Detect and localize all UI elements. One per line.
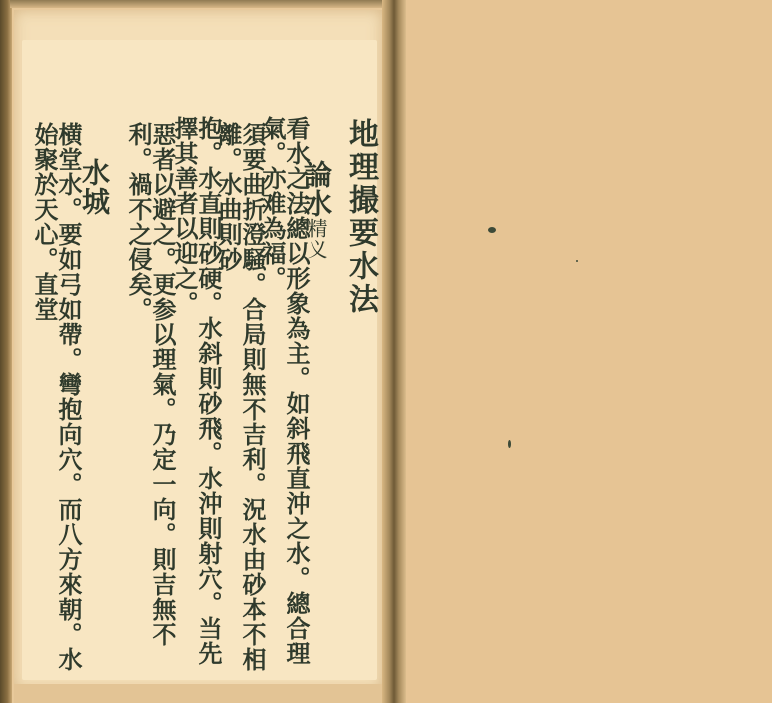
left-page: 地理撮要水法 論水精义 看水之法總以形象為主。如斜飛直沖之水。總合理氣。亦难為福…: [0, 0, 395, 703]
body-text: 横堂水。要如弓如帶。彎抱向穴。而八方來朝。水始聚於天心。直堂: [30, 122, 83, 672]
left-page-edge: [0, 0, 12, 703]
ink-speck: [576, 260, 578, 262]
body-column-5: 横堂水。要如弓如帶。彎抱向穴。而八方來朝。水始聚於天心。直堂: [32, 122, 80, 690]
book-spine: [382, 0, 406, 703]
body-column-3: 抱。水直則砂硬。水斜則砂飛。水沖則射穴。当先擇其善者以迎之。: [172, 116, 220, 690]
ink-speck: [508, 440, 511, 448]
right-page-blank: [406, 0, 772, 703]
subheading-column: 水城: [80, 158, 108, 216]
ink-speck: [488, 227, 496, 233]
body-text: 抱。水直則砂硬。水斜則砂飛。水沖則射穴。当先擇其善者以迎之。: [170, 116, 223, 666]
body-column-2: 須要曲折澄騒。合局則無不吉利。況水由砂本不相離。水曲則砂: [216, 122, 264, 690]
manuscript-title: 地理撮要水法: [343, 118, 378, 316]
title-column: 地理撮要水法: [345, 118, 375, 316]
manuscript-spread: 地理撮要水法 論水精义 看水之法總以形象為主。如斜飛直沖之水。總合理氣。亦难為福…: [0, 0, 772, 703]
body-column-1: 看水之法總以形象為主。如斜飛直沖之水。總合理氣。亦难為福。: [260, 116, 308, 690]
top-edge-band: [10, 0, 390, 8]
text-columns: 地理撮要水法 論水精义 看水之法總以形象為主。如斜飛直沖之水。總合理氣。亦难為福…: [22, 110, 397, 690]
body-text: 惡者以避之。更参以理氣。乃定一向。則吉無不利。禍不之侵矣。: [124, 122, 177, 647]
body-column-4: 惡者以避之。更参以理氣。乃定一向。則吉無不利。禍不之侵矣。: [126, 122, 174, 690]
